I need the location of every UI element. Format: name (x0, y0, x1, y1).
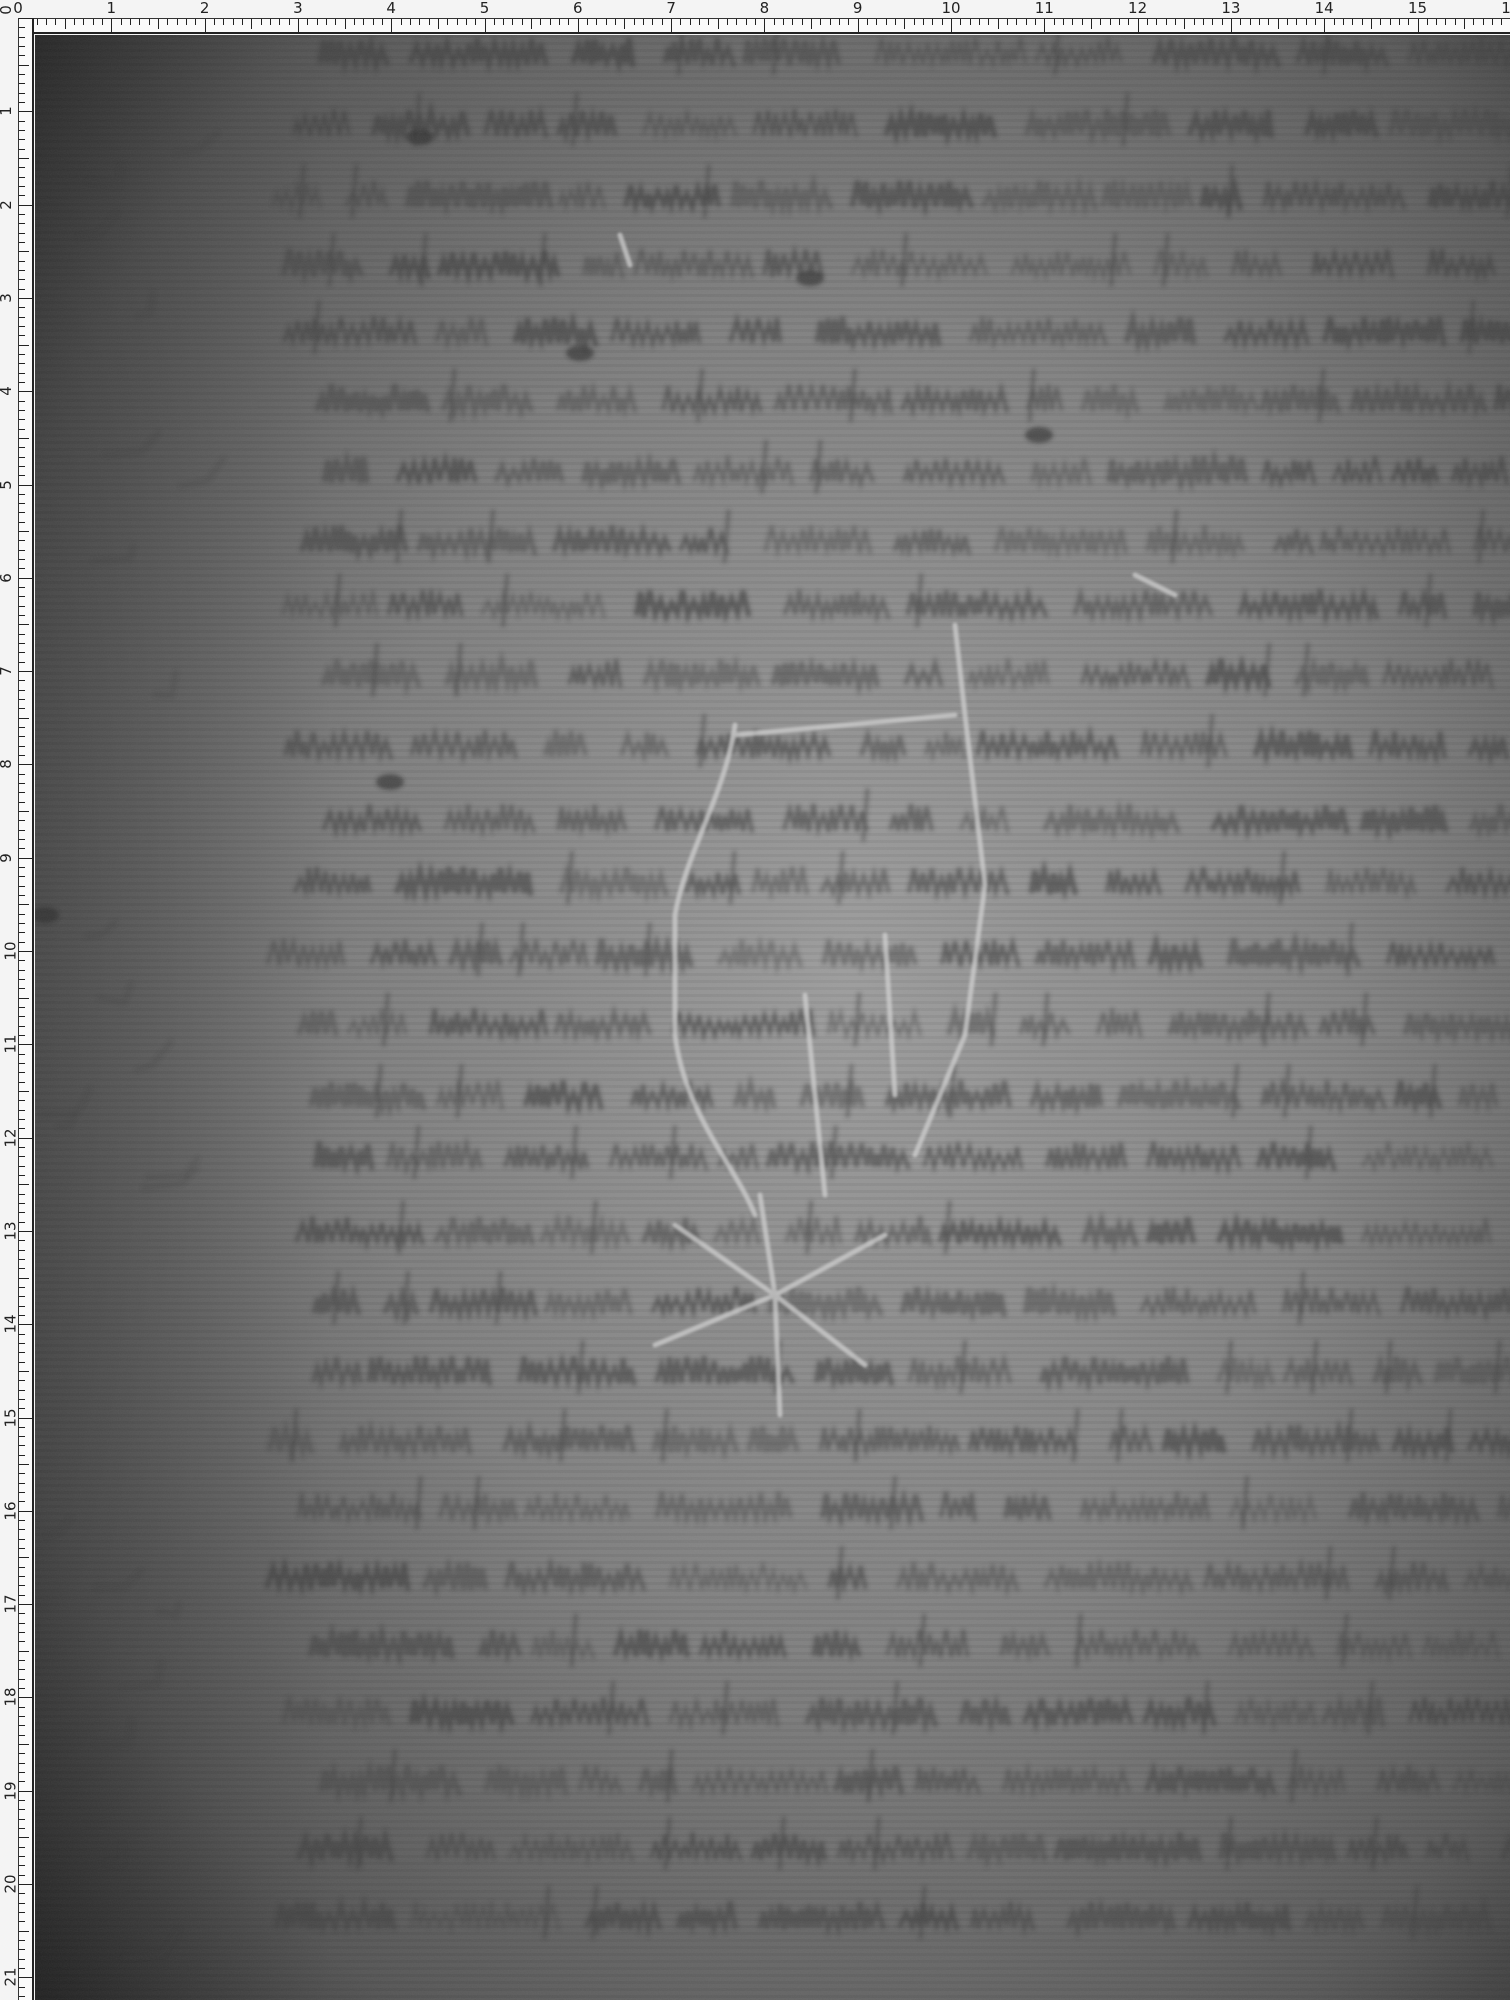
ruler-tick (19, 391, 33, 392)
ruler-tick (19, 1903, 25, 1904)
ruler-tick (1399, 19, 1400, 25)
ruler-tick (662, 19, 663, 25)
ruler-tick (19, 1576, 25, 1577)
ruler-tick (19, 83, 25, 84)
ruler-tick (19, 774, 25, 775)
ruler-tick (19, 1959, 25, 1960)
ruler-tick (19, 1194, 25, 1195)
ruler-tick (19, 1949, 25, 1950)
ruler-tick (19, 1240, 25, 1241)
ruler-tick (19, 1418, 33, 1419)
ruler-tick (1119, 19, 1120, 25)
ruler-tick (186, 19, 187, 25)
ruler-tick (19, 858, 33, 859)
ruler-tick (19, 65, 29, 66)
ruler-label: 3 (293, 0, 303, 16)
ruler-tick (19, 792, 25, 793)
ruler-tick (19, 1529, 25, 1530)
ruler-label: 12 (1128, 0, 1147, 16)
ruler-tick (858, 19, 859, 33)
ruler-tick (19, 1156, 25, 1157)
ruler-tick (19, 876, 25, 877)
ruler-tick (1352, 19, 1353, 25)
ruler-tick (475, 19, 476, 25)
ruler-tick (19, 923, 25, 924)
ruler-tick (19, 1464, 29, 1465)
ruler-tick (19, 802, 25, 803)
ruler-tick (410, 19, 411, 25)
ruler-tick (19, 37, 25, 38)
ruler-tick (19, 195, 25, 196)
ruler-label: 8 (760, 0, 770, 16)
ruler-tick (139, 19, 140, 25)
ruler-tick (19, 634, 25, 635)
ruler-tick (74, 19, 75, 25)
ruler-tick (19, 1744, 29, 1745)
ruler-tick (55, 19, 56, 25)
ruler-tick (19, 1016, 25, 1017)
ruler-label: 2 (200, 0, 210, 16)
ruler-tick (19, 149, 25, 150)
ruler-tick (19, 1651, 29, 1652)
ruler-tick (419, 19, 420, 25)
ruler-tick (19, 363, 25, 364)
ruler-tick (19, 1501, 25, 1502)
ruler-tick (19, 335, 25, 336)
ruler-tick (1362, 19, 1363, 25)
ruler-tick (19, 158, 29, 159)
ruler-tick (102, 19, 103, 25)
ruler-tick (19, 494, 25, 495)
ruler-tick (19, 1110, 25, 1111)
ruler-tick (19, 410, 25, 411)
ruler-tick (1184, 19, 1185, 29)
ruler-tick (19, 1837, 29, 1838)
ruler-tick (19, 1007, 25, 1008)
ruler-tick (19, 1921, 25, 1922)
ruler-tick (19, 1697, 33, 1698)
ruler-tick (1128, 19, 1129, 25)
ruler-tick (19, 1819, 25, 1820)
ruler-tick (19, 1557, 29, 1558)
ruler-tick (401, 19, 402, 25)
ruler-tick (1418, 19, 1419, 33)
ruler-tick (1026, 19, 1027, 25)
ruler-tick (876, 19, 877, 25)
ruler-tick (746, 19, 747, 25)
ruler-tick (19, 93, 25, 94)
ruler-tick (298, 19, 299, 33)
ruler-tick (19, 1660, 25, 1661)
ruler-tick (923, 19, 924, 25)
ruler-tick (1240, 19, 1241, 25)
ruler-tick (1259, 19, 1260, 25)
ruler-tick (19, 121, 25, 122)
ruler-tick (19, 1492, 25, 1493)
ruler-tick (19, 727, 25, 728)
ruler-label: 20 (3, 1874, 19, 1893)
ruler-tick (19, 186, 25, 187)
ruler-tick (19, 46, 25, 47)
ruler-tick (19, 811, 29, 812)
ruler-tick (19, 895, 25, 896)
ruler-tick (19, 979, 25, 980)
ruler-tick (932, 19, 933, 25)
ruler-tick (960, 19, 961, 25)
ruler-label: 9 (0, 853, 14, 863)
ruler-tick (19, 1893, 25, 1894)
ruler-tick (19, 1147, 25, 1148)
ruler-tick (19, 1735, 25, 1736)
ruler-tick (1483, 19, 1484, 25)
ruler-tick (904, 19, 905, 29)
ruler-tick (19, 289, 25, 290)
ruler-tick (19, 1128, 25, 1129)
ruler-label: 10 (3, 941, 19, 960)
ruler-tick (699, 19, 700, 25)
ruler-tick (19, 1390, 25, 1391)
ruler-tick (19, 1343, 25, 1344)
ruler-tick (19, 988, 25, 989)
ruler-tick (19, 1763, 25, 1764)
ruler-label: 13 (1221, 0, 1240, 16)
ruler-tick (19, 1445, 25, 1446)
ruler-tick (942, 19, 943, 25)
ruler-tick (19, 102, 25, 103)
ruler-tick (19, 531, 29, 532)
ruler-tick (1175, 19, 1176, 25)
ruler-tick (1100, 19, 1101, 25)
ruler-tick (652, 19, 653, 25)
ruler-tick (988, 19, 989, 25)
ruler-tick (1445, 19, 1446, 25)
ruler-tick (1063, 19, 1064, 25)
ruler-tick (19, 261, 25, 262)
ruler-tick (19, 1334, 25, 1335)
ruler-tick (345, 19, 346, 29)
ruler-tick (391, 19, 392, 33)
ruler-label: 7 (0, 666, 14, 676)
ruler-tick (19, 1212, 25, 1213)
ruler-tick (19, 373, 25, 374)
ruler-tick (1268, 19, 1269, 25)
ruler-tick (19, 1865, 25, 1866)
ruler-label: 3 (0, 293, 14, 303)
ruler-tick (19, 205, 33, 206)
ruler-tick (1250, 19, 1251, 25)
ruler-tick (354, 19, 355, 25)
ruler-tick (19, 429, 25, 430)
ruler-tick (19, 848, 25, 849)
ruler-tick (19, 1436, 25, 1437)
ruler-tick (19, 1539, 25, 1540)
ruler-tick (19, 1585, 25, 1586)
ruler-tick (783, 19, 784, 25)
ruler-tick (1222, 19, 1223, 25)
ruler-tick (19, 512, 25, 513)
ruler-tick (19, 1222, 25, 1223)
ruler-tick (848, 19, 849, 25)
ruler-tick (1212, 19, 1213, 25)
ruler-tick (223, 19, 224, 25)
ruler-tick (19, 1082, 25, 1083)
ruler-tick (587, 19, 588, 25)
ruler-tick (764, 19, 765, 33)
ruler-tick (1156, 19, 1157, 25)
ruler-tick (19, 1875, 25, 1876)
ruler-tick (19, 596, 25, 597)
ruler-tick (19, 242, 25, 243)
ruler-tick (19, 904, 29, 905)
ruler-tick (19, 1315, 25, 1316)
ruler-tick (19, 699, 25, 700)
ruler-tick (1334, 19, 1335, 25)
ruler-tick (19, 1166, 25, 1167)
ruler-tick (19, 1800, 25, 1801)
ruler-tick (19, 1623, 25, 1624)
ruler-tick (1464, 19, 1465, 29)
ruler-tick (19, 1725, 25, 1726)
ruler-tick (19, 942, 25, 943)
ruler-tick (19, 1324, 33, 1325)
ruler-tick (1147, 19, 1148, 25)
ruler-tick (1427, 19, 1428, 25)
ruler-tick (19, 1884, 33, 1885)
vertical-ruler (18, 18, 34, 2000)
ruler-tick (1324, 19, 1325, 33)
ruler-tick (1343, 19, 1344, 25)
ruler-tick (19, 662, 25, 663)
ruler-tick (261, 19, 262, 25)
ruler-tick (1287, 19, 1288, 25)
ruler-tick (242, 19, 243, 25)
ruler-tick (1501, 19, 1502, 25)
ruler-tick (19, 55, 25, 56)
ruler-tick (1044, 19, 1045, 33)
ruler-tick (19, 354, 25, 355)
ruler-tick (19, 960, 25, 961)
ruler-tick (19, 1231, 33, 1232)
ruler-label: 6 (573, 0, 583, 16)
ruler-tick (1082, 19, 1083, 25)
ruler-label: 10 (941, 0, 960, 16)
ruler-tick (279, 19, 280, 25)
ruler-tick (531, 19, 532, 29)
ruler-tick (19, 298, 33, 299)
ruler-tick (820, 19, 821, 25)
ruler-tick (19, 764, 33, 765)
ruler-tick (1194, 19, 1195, 25)
ruler-tick (46, 19, 47, 25)
ruler-tick (19, 270, 25, 271)
ruler-tick (37, 19, 38, 25)
ruler-tick (1231, 19, 1232, 33)
ruler-tick (19, 1977, 33, 1978)
ruler-label: 0 (0, 5, 14, 15)
ruler-tick (19, 1511, 33, 1512)
ruler-tick (19, 74, 25, 75)
ruler-tick (19, 1278, 29, 1279)
ruler-tick (19, 718, 29, 719)
ruler-tick (19, 867, 25, 868)
ruler-tick (19, 951, 33, 952)
ruler-tick (195, 19, 196, 25)
ruler-tick (111, 19, 112, 33)
ruler-tick (578, 19, 579, 33)
ruler-tick (19, 1203, 25, 1204)
ruler-tick (19, 914, 25, 915)
ruler-tick (149, 19, 150, 25)
ruler-tick (19, 932, 25, 933)
ruler-tick (1007, 19, 1008, 25)
ruler-label: 17 (3, 1595, 19, 1614)
ruler-tick (121, 19, 122, 25)
ruler-tick (19, 708, 25, 709)
ruler-tick (830, 19, 831, 25)
ruler-tick (19, 1119, 25, 1120)
ruler-label: 5 (0, 480, 14, 490)
ruler-tick (19, 1184, 29, 1185)
ruler-tick (951, 19, 952, 33)
ruler-label: 15 (1408, 0, 1427, 16)
ruler-tick (503, 19, 504, 25)
ruler-tick (19, 1054, 25, 1055)
ruler-tick (19, 1072, 25, 1073)
manuscript-scan (35, 35, 1510, 2000)
ruler-label: 7 (666, 0, 676, 16)
ruler-tick (886, 19, 887, 25)
ruler-tick (19, 1753, 25, 1754)
ruler-tick (363, 19, 364, 25)
ruler-tick (19, 447, 25, 448)
ruler-tick (19, 1063, 25, 1064)
ruler-tick (1408, 19, 1409, 25)
ruler-tick (19, 578, 33, 579)
ruler-tick (19, 233, 25, 234)
ruler-tick (19, 214, 25, 215)
ruler-tick (19, 27, 25, 28)
ruler-tick (19, 1035, 25, 1036)
ruler-tick (494, 19, 495, 25)
ruler-tick (1072, 19, 1073, 25)
ruler-tick (19, 783, 25, 784)
ruler-tick (19, 1259, 25, 1260)
ruler-tick (19, 1408, 25, 1409)
ruler-tick (19, 1847, 25, 1848)
ruler-label: 9 (853, 0, 863, 16)
ruler-tick (19, 475, 25, 476)
ruler-tick (19, 1595, 25, 1596)
ruler-tick (19, 1287, 25, 1288)
ruler-tick (1054, 19, 1055, 25)
ruler-tick (19, 1940, 25, 1941)
ruler-tick (19, 1987, 25, 1988)
ruler-tick (774, 19, 775, 25)
ruler-tick (727, 19, 728, 25)
ruler-tick (19, 624, 29, 625)
ruler-tick (438, 19, 439, 29)
ruler-tick (19, 130, 25, 131)
ruler-tick (19, 1996, 25, 1997)
ruler-tick (802, 19, 803, 25)
ruler-tick (559, 19, 560, 25)
ruler-tick (19, 680, 25, 681)
ruler-tick (708, 19, 709, 25)
ruler-tick (19, 1791, 33, 1792)
ruler-tick (615, 19, 616, 25)
ruler-tick (19, 1427, 25, 1428)
ruler-tick (19, 690, 25, 691)
ruler-tick (19, 251, 29, 252)
ruler-tick (19, 1399, 25, 1400)
ruler-label: 11 (1035, 0, 1054, 16)
ruler-tick (19, 1707, 25, 1708)
ruler-label: 11 (3, 1035, 19, 1054)
ruler-tick (811, 19, 812, 29)
ruler-tick (19, 643, 25, 644)
ruler-tick (1035, 19, 1036, 25)
ruler-tick (895, 19, 896, 25)
ruler-label: 5 (480, 0, 490, 16)
ruler-tick (19, 615, 25, 616)
ruler-tick (19, 1828, 25, 1829)
ruler-tick (19, 1483, 25, 1484)
ruler-tick (1473, 19, 1474, 25)
ruler-tick (167, 19, 168, 25)
ruler-tick (19, 1688, 25, 1689)
ruler-tick (19, 1175, 25, 1176)
ruler-tick (326, 19, 327, 25)
ruler-tick (19, 438, 29, 439)
ruler-tick (19, 1548, 25, 1549)
ruler-tick (373, 19, 374, 25)
ruler-label: 4 (0, 386, 14, 396)
ruler-tick (1166, 19, 1167, 25)
ruler-tick (19, 457, 25, 458)
ruler-tick (19, 1968, 25, 1969)
ruler-tick (19, 1641, 25, 1642)
ruler-tick (1110, 19, 1111, 25)
ruler-label: 13 (3, 1221, 19, 1240)
ruler-tick (177, 19, 178, 25)
ruler-label: 1 (107, 0, 117, 16)
ruler-tick (1278, 19, 1279, 29)
ruler-tick (1138, 19, 1139, 33)
manuscript-image (35, 35, 1510, 2000)
ruler-tick (914, 19, 915, 25)
ruler-tick (447, 19, 448, 25)
ruler-tick (19, 1520, 25, 1521)
ruler-tick (485, 19, 486, 33)
ruler-tick (19, 1716, 25, 1717)
ruler-tick (19, 1632, 25, 1633)
ruler-tick (643, 19, 644, 25)
ruler-tick (19, 307, 25, 308)
ruler-tick (19, 1352, 25, 1353)
ruler-tick (1091, 19, 1092, 29)
ruler-tick (19, 1781, 25, 1782)
ruler-tick (382, 19, 383, 25)
ruler-tick (19, 466, 25, 467)
ruler-tick (19, 1250, 25, 1251)
ruler-tick (596, 19, 597, 25)
ruler-label: 1 (0, 107, 14, 117)
ruler-tick (214, 19, 215, 25)
ruler-tick (19, 550, 25, 551)
ruler-tick (19, 1604, 33, 1605)
ruler-tick (19, 326, 25, 327)
ruler-tick (19, 746, 25, 747)
